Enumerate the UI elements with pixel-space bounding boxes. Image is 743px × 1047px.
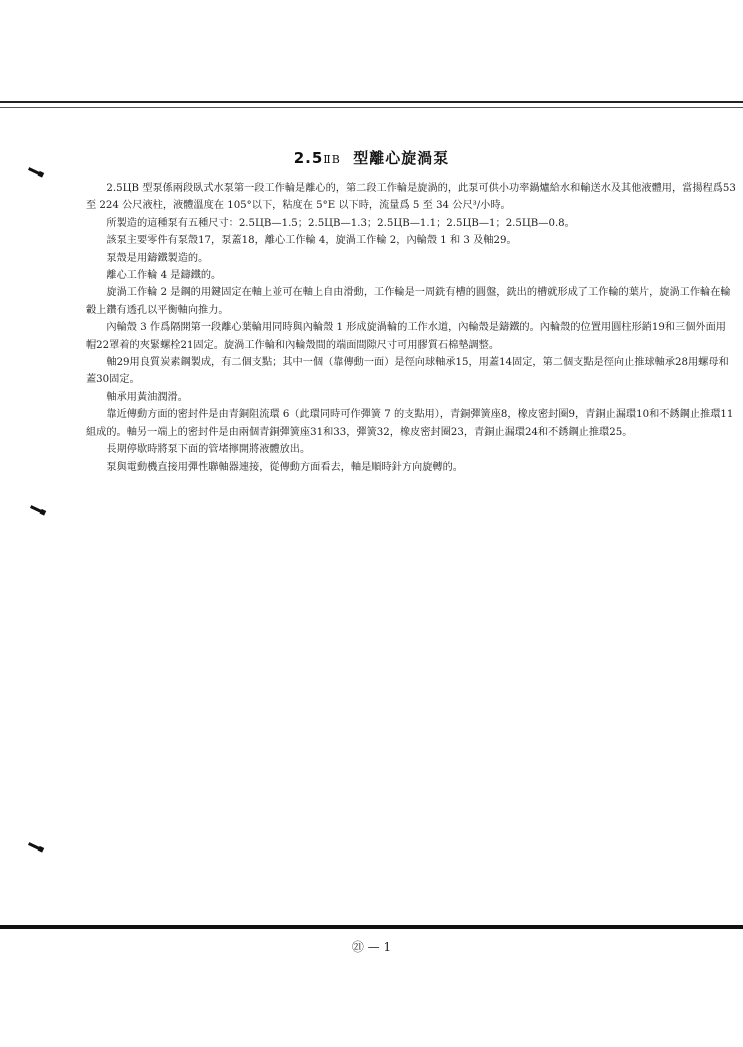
page-title: 2.5ⅡB 型離心旋渦泵 xyxy=(0,147,743,168)
paragraph-casing: 泵殼是用鑄鐵製造的。 xyxy=(86,250,736,267)
header-rule-thin xyxy=(0,107,743,108)
paragraph-seals: 靠近傳動方面的密封件是由青銅阻流環 6（此環同時可作彈簧 7 的支點用），青銅彈… xyxy=(86,406,736,441)
page-number: ㉑ — 1 xyxy=(0,938,743,955)
paragraph-centrifugal-impeller: 離心工作輪 4 是鑄鐵的。 xyxy=(86,267,736,284)
paragraph-inner-casing: 內輪殼 3 作爲隔開第一段離心葉輪用同時與內輪殼 1 形成旋渦輪的工作水道，內輪… xyxy=(86,319,736,354)
paragraph-coupling: 泵與電動機直接用彈性聯軸器連接，從傳動方面看去，軸是順時針方向旋轉的。 xyxy=(86,459,736,476)
title-model: ⅡB xyxy=(323,153,341,166)
header-rule xyxy=(0,101,743,103)
binding-mark-icon xyxy=(28,842,42,851)
paragraph-intro: 2.5ЦB 型泵係兩段臥式水泵第一段工作輪是離心的，第二段工作輪是旋渦的，此泵可… xyxy=(86,180,736,215)
paragraph-drain: 長期停歇時將泵下面的管堵擰開將液體放出。 xyxy=(86,441,736,458)
binding-mark-icon xyxy=(28,167,42,176)
document-body: 2.5ЦB 型泵係兩段臥式水泵第一段工作輪是離心的，第二段工作輪是旋渦的，此泵可… xyxy=(86,180,736,476)
footer-rule xyxy=(0,925,743,929)
paragraph-parts: 該泵主要零件有泵殼17，泵蓋18，離心工作輪 4，旋渦工作輪 2，內輪殼 1 和… xyxy=(86,232,736,249)
paragraph-sizes: 所製造的這種泵有五種尺寸：2.5ЦB—1.5；2.5ЦB—1.3；2.5ЦB—1… xyxy=(86,215,736,232)
paragraph-shaft: 軸29用良質炭素鋼製成，有二個支點；其中一個（靠傳動一面）是徑向球軸承15，用蓋… xyxy=(86,354,736,389)
paragraph-lubrication: 軸承用黃油潤滑。 xyxy=(86,389,736,406)
binding-mark-icon xyxy=(30,505,44,514)
paragraph-vortex-impeller: 旋渦工作輪 2 是鋼的用鍵固定在軸上並可在軸上自由滑動，工作輪是一周銑有槽的圓盤… xyxy=(86,284,736,319)
title-main: 型離心旋渦泵 xyxy=(353,149,449,167)
title-prefix: 2.5 xyxy=(294,149,324,167)
